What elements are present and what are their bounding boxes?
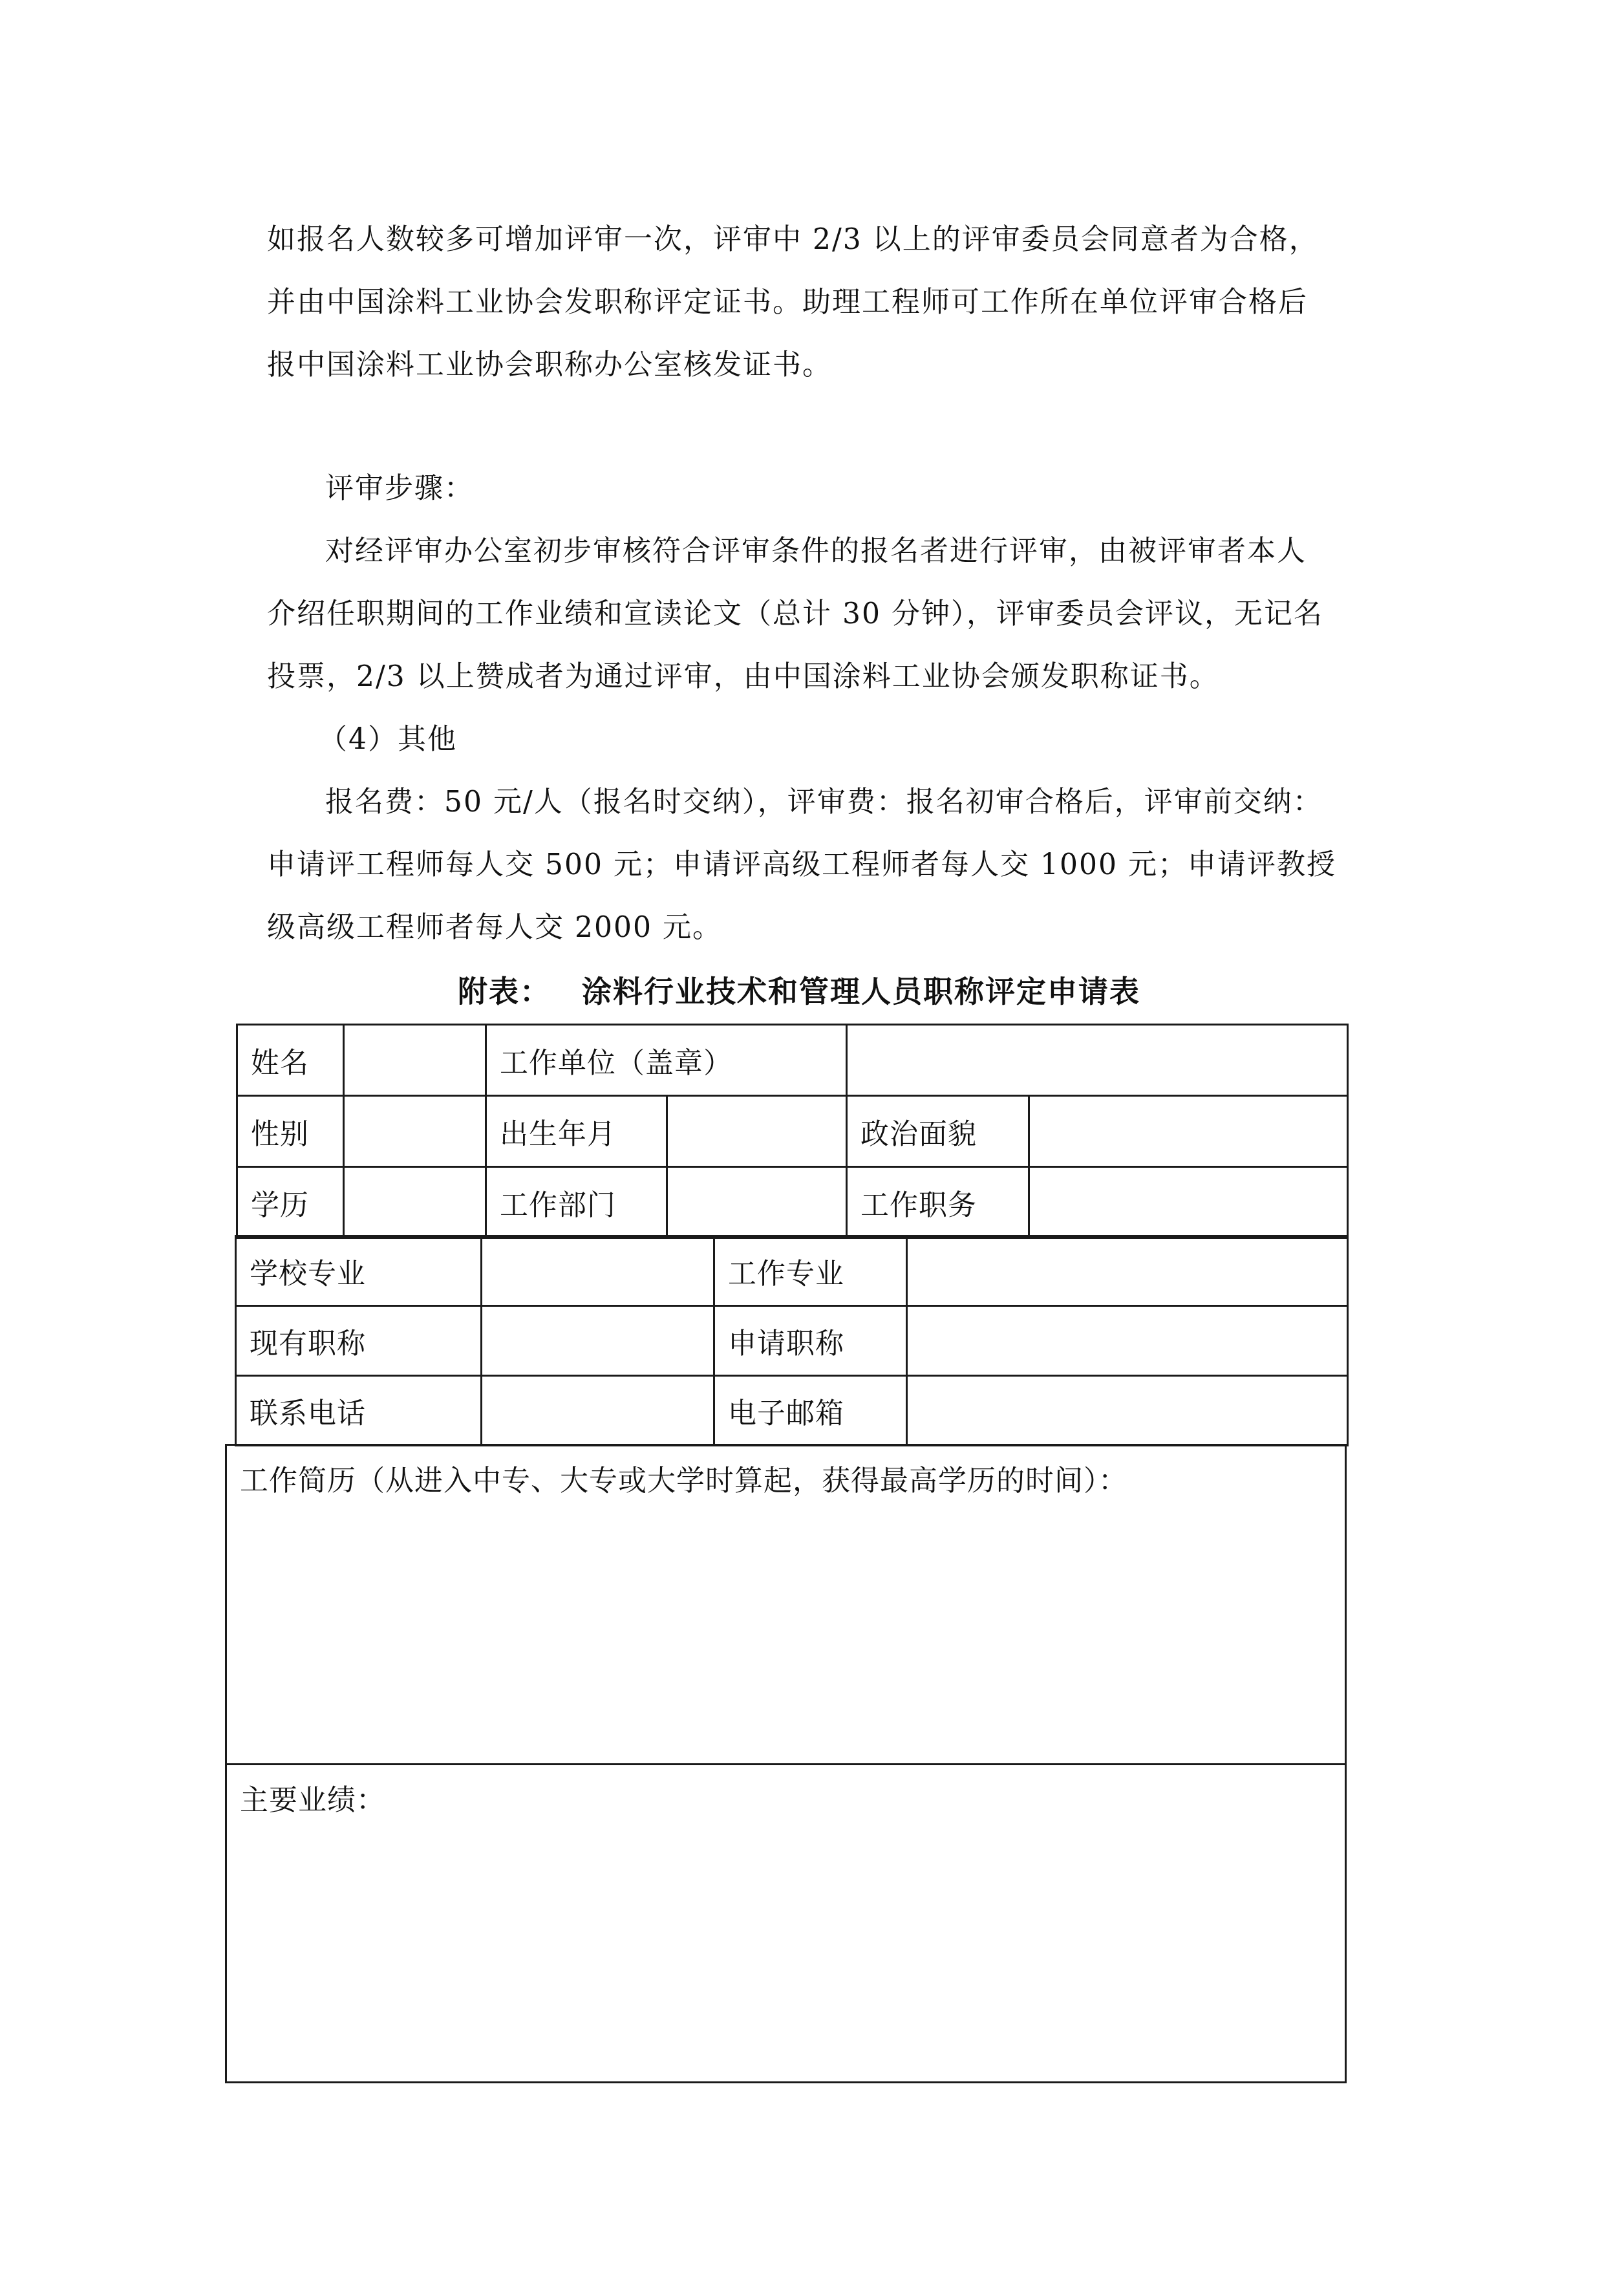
label-work-unit: 工作单位（盖章）: [486, 1025, 847, 1096]
form-row-contact: 联系电话 电子邮箱: [236, 1376, 1348, 1446]
education-field[interactable]: [344, 1167, 486, 1238]
form-row-school-major: 学校专业 工作专业: [236, 1236, 1348, 1306]
label-birth-date: 出生年月: [486, 1096, 667, 1167]
label-phone: 联系电话: [236, 1376, 482, 1446]
label-name: 姓名: [237, 1025, 344, 1096]
political-status-field[interactable]: [1029, 1096, 1348, 1167]
document-page: 如报名人数较多可增加评审一次，评审中 2/3 以上的评审委员会同意者为合格， 并…: [0, 0, 1624, 2276]
text-line: 如报名人数较多可增加评审一次，评审中 2/3 以上的评审委员会同意者为合格，: [267, 208, 1395, 271]
label-main-achievements: 主要业绩：: [240, 1784, 385, 1817]
label-email: 电子邮箱: [714, 1376, 907, 1446]
appendix-heading: 附表：涂料行业技术和管理人员职称评定申请表: [0, 968, 1624, 1011]
form-row-name: 姓名 工作单位（盖章）: [237, 1025, 1348, 1096]
review-steps-heading: 评审步骤：: [267, 457, 1395, 520]
department-field[interactable]: [667, 1167, 847, 1238]
school-major-field[interactable]: [482, 1236, 714, 1306]
form-row-work-history: 工作简历（从进入中专、大专或大学时算起，获得最高学历的时间）：: [226, 1445, 1346, 1765]
label-political-status: 政治面貌: [847, 1096, 1029, 1167]
form-row-education: 学历 工作部门 工作职务: [237, 1167, 1348, 1238]
main-achievements-area[interactable]: 主要业绩：: [226, 1765, 1346, 2083]
appendix-title: 涂料行业技术和管理人员职称评定申请表: [582, 974, 1140, 1009]
text-line: 报中国涂料工业协会职称办公室核发证书。: [267, 334, 1395, 396]
label-gender: 性别: [237, 1096, 344, 1167]
text-line: 对经评审办公室初步审核符合评审条件的报名者进行评审，由被评审者本人: [267, 520, 1395, 583]
gender-field[interactable]: [344, 1096, 486, 1167]
text-line: 报名费：50 元/人（报名时交纳），评审费：报名初审合格后，评审前交纳：: [267, 771, 1395, 833]
other-body: 报名费：50 元/人（报名时交纳），评审费：报名初审合格后，评审前交纳： 申请评…: [267, 771, 1395, 959]
appendix-prefix: 附表：: [458, 974, 551, 1009]
application-form-professional-info: 学校专业 工作专业 现有职称 申请职称 联系电话 电子邮箱: [235, 1235, 1349, 1446]
paragraph-continuation: 如报名人数较多可增加评审一次，评审中 2/3 以上的评审委员会同意者为合格， 并…: [267, 208, 1395, 396]
phone-field[interactable]: [482, 1376, 714, 1446]
review-steps-body: 对经评审办公室初步审核符合评审条件的报名者进行评审，由被评审者本人 介绍任职期间…: [267, 520, 1395, 708]
label-applied-title: 申请职称: [714, 1306, 907, 1376]
applied-title-field[interactable]: [907, 1306, 1348, 1376]
label-current-title: 现有职称: [236, 1306, 482, 1376]
label-education: 学历: [237, 1167, 344, 1238]
text-line: 介绍任职期间的工作业绩和宣读论文（总计 30 分钟），评审委员会评议，无记名: [267, 583, 1395, 645]
label-work-history: 工作简历（从进入中专、大专或大学时算起，获得最高学历的时间）：: [240, 1465, 1127, 1498]
label-department: 工作部门: [486, 1167, 667, 1238]
work-unit-field[interactable]: [847, 1025, 1348, 1096]
work-history-area[interactable]: 工作简历（从进入中专、大专或大学时算起，获得最高学历的时间）：: [226, 1445, 1346, 1765]
text-line: 投票，2/3 以上赞成者为通过评审，由中国涂料工业协会颁发职称证书。: [267, 645, 1395, 708]
other-heading: （4）其他: [319, 708, 1447, 771]
name-field[interactable]: [344, 1025, 486, 1096]
label-work-major: 工作专业: [714, 1236, 907, 1306]
work-major-field[interactable]: [907, 1236, 1348, 1306]
email-field[interactable]: [907, 1376, 1348, 1446]
birth-date-field[interactable]: [667, 1096, 847, 1167]
application-form-narrative: 工作简历（从进入中专、大专或大学时算起，获得最高学历的时间）： 主要业绩：: [225, 1444, 1347, 2083]
text-line: 申请评工程师每人交 500 元；申请评高级工程师者每人交 1000 元；申请评教…: [267, 833, 1395, 896]
application-form-basic-info: 姓名 工作单位（盖章） 性别 出生年月 政治面貌 学历 工作部门 工作职务: [236, 1024, 1349, 1239]
label-school-major: 学校专业: [236, 1236, 482, 1306]
text-line: 并由中国涂料工业协会发职称评定证书。助理工程师可工作所在单位评审合格后: [267, 271, 1395, 334]
form-row-gender: 性别 出生年月 政治面貌: [237, 1096, 1348, 1167]
text-line: 级高级工程师者每人交 2000 元。: [267, 896, 1395, 959]
label-job-position: 工作职务: [847, 1167, 1029, 1238]
job-position-field[interactable]: [1029, 1167, 1348, 1238]
current-title-field[interactable]: [482, 1306, 714, 1376]
form-row-main-achievements: 主要业绩：: [226, 1765, 1346, 2083]
form-row-title: 现有职称 申请职称: [236, 1306, 1348, 1376]
